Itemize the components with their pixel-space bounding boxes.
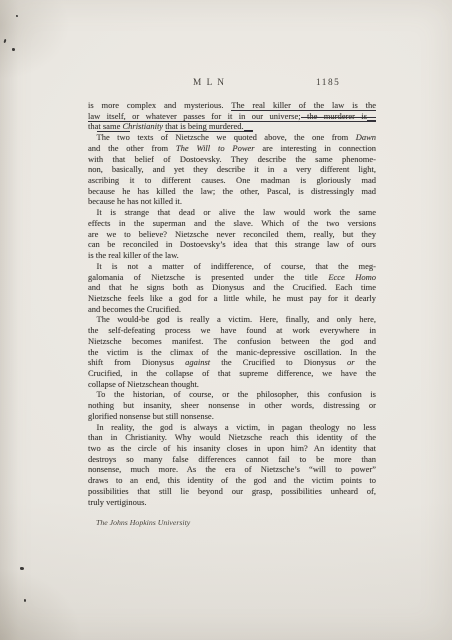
- text-line: It is strange that dead or alive the law…: [88, 207, 376, 218]
- text-line: is more complex and mysterious. The real…: [88, 100, 376, 111]
- text-line: collapse of Nietzschean thought.: [88, 379, 376, 390]
- pen-marked-text: The two: [97, 131, 130, 142]
- text-segment: the: [355, 357, 377, 367]
- ink-speck: [12, 48, 15, 51]
- text-segment: the victim is the climax of the manic-de…: [88, 347, 376, 357]
- text-segment: two as the circle of his insanity closes…: [88, 443, 376, 453]
- paragraph: The would-be god is really a victim. Her…: [88, 314, 376, 389]
- text-segment: destroys so many false differences canno…: [88, 454, 376, 464]
- text-segment: is more complex and mysterious.: [88, 100, 231, 110]
- text-line: and the other from The Will to Power are…: [88, 143, 376, 154]
- text-segment: can be reconciled in Dostoevsky’s idea t…: [88, 239, 376, 249]
- text-segment: glorified nonsense but still nonsense.: [88, 411, 214, 421]
- text-line: shift from Dionysus against the Crucifie…: [88, 357, 376, 368]
- pen-marked-text: law itself, or whatever passes for it in…: [88, 111, 301, 121]
- text-segment: draws to an end, this identity of the go…: [88, 475, 376, 485]
- ink-speck: [3, 39, 6, 43]
- text-segment: The Will to Power: [176, 143, 255, 153]
- paragraph: In reality, the god is always a victim, …: [88, 422, 376, 508]
- ink-speck: [24, 599, 26, 602]
- text-segment: or: [347, 357, 355, 367]
- text-segment: that same: [88, 121, 122, 131]
- text-segment: the self-defeating process we have found…: [88, 325, 376, 335]
- text-segment: non, basically, and yet they describe it…: [88, 164, 376, 174]
- text-line: To the historian, of course, or the phil…: [88, 389, 376, 400]
- text-line: ascribing it to different causes. One ma…: [88, 175, 376, 186]
- text-line: It is not a matter of indifference, of c…: [88, 261, 376, 272]
- text-line: are we to believe? Nietzsche never recon…: [88, 229, 376, 240]
- text-segment: possibilities that still lie beyond our …: [88, 486, 376, 496]
- text-segment: Dawn: [356, 132, 376, 142]
- text-segment: In reality, the god is always a victim, …: [97, 422, 377, 432]
- text-segment: and the other from: [88, 143, 176, 153]
- page-number: 1185: [316, 78, 340, 88]
- page-header: M L N 1185: [88, 78, 376, 91]
- paragraph: It is strange that dead or alive the law…: [88, 207, 376, 261]
- text-line: can be reconciled in Dostoevsky’s idea t…: [88, 239, 376, 250]
- text-segment: the Crucified to Dionysus: [210, 357, 347, 367]
- paragraph: The two texts of Nietzsche we quoted abo…: [88, 132, 376, 207]
- text-segment: is the real killer of the law.: [88, 250, 179, 260]
- text-line: The two texts of Nietzsche we quoted abo…: [88, 132, 376, 143]
- text-line: because he has killed the law; the other…: [88, 186, 376, 197]
- text-segment: The would-be god is really a victim. Her…: [97, 314, 377, 324]
- text-line: effects in the superman and the slave. W…: [88, 218, 376, 229]
- text-segment: galomania of Nietzsche is presented unde…: [88, 272, 328, 282]
- text-segment: shift from Dionysus: [88, 357, 185, 367]
- text-segment: Christianity: [122, 121, 163, 131]
- text-segment: To the historian, of course, or the phil…: [97, 389, 377, 399]
- pen-marked-text: the murderer is: [301, 111, 376, 121]
- text-segment: collapse of Nietzschean thought.: [88, 379, 199, 389]
- text-segment: texts of Nietzsche we quoted above, the …: [130, 132, 356, 142]
- text-line: truly vertiginous.: [88, 497, 376, 508]
- journal-title: M L N: [193, 78, 225, 88]
- text-line: glorified nonsense but still nonsense.: [88, 411, 376, 422]
- pen-marked-text: The real killer of the law is the: [231, 100, 376, 110]
- text-segment: nonsense, much more. As the era of Nietz…: [88, 464, 376, 474]
- text-line: nonsense, much more. As the era of Nietz…: [88, 464, 376, 475]
- text-segment: are interesting in connection: [255, 143, 376, 153]
- text-line: galomania of Nietzsche is presented unde…: [88, 272, 376, 283]
- text-segment: and that he signs both as Dionysus and t…: [88, 282, 376, 292]
- text-segment: Nietzsche feels like a god for a little …: [88, 293, 376, 303]
- text-line: because he has not killed it.: [88, 196, 376, 207]
- author-affiliation: The Johns Hopkins University: [96, 518, 190, 527]
- text-line: Nietzsche becomes manifest. The confusio…: [88, 336, 376, 347]
- text-segment: because he has not killed it.: [88, 196, 182, 206]
- text-segment: nothing but insanity, sheer nonsense in …: [88, 400, 376, 410]
- text-segment: against: [185, 357, 210, 367]
- text-line: nothing but insanity, sheer nonsense in …: [88, 400, 376, 411]
- text-segment: truly vertiginous.: [88, 497, 147, 507]
- text-segment: because he has killed the law; the other…: [88, 186, 376, 196]
- text-segment: with that belief of Dostoevsky. They des…: [88, 154, 376, 164]
- text-line: law itself, or whatever passes for it in…: [88, 111, 376, 122]
- text-line: The would-be god is really a victim. Her…: [88, 314, 376, 325]
- ink-speck: [20, 567, 24, 570]
- pen-marked-text: that is being murdered.: [165, 121, 252, 131]
- text-segment: Ecce Homo: [328, 272, 376, 282]
- text-line: non, basically, and yet they describe it…: [88, 164, 376, 175]
- text-line: Crucified, in the collapse of that supre…: [88, 368, 376, 379]
- text-line: and that he signs both as Dionysus and t…: [88, 282, 376, 293]
- text-line: possibilities that still lie beyond our …: [88, 486, 376, 497]
- text-line: with that belief of Dostoevsky. They des…: [88, 154, 376, 165]
- text-line: destroys so many false differences canno…: [88, 454, 376, 465]
- text-line: the self-defeating process we have found…: [88, 325, 376, 336]
- text-line: than in Christianity. Why would Nietzsch…: [88, 432, 376, 443]
- paragraph: is more complex and mysterious. The real…: [88, 100, 376, 132]
- text-line: that same Christianity that is being mur…: [88, 121, 376, 132]
- text-line: two as the circle of his insanity closes…: [88, 443, 376, 454]
- text-segment: It is strange that dead or alive the law…: [97, 207, 377, 217]
- text-segment: and becomes the Crucified.: [88, 304, 181, 314]
- ink-speck: [16, 15, 18, 17]
- text-block: is more complex and mysterious. The real…: [88, 100, 376, 507]
- text-segment: It is not a matter of indifference, of c…: [97, 261, 377, 271]
- scanned-journal-page: M L N 1185 is more complex and mysteriou…: [0, 0, 452, 640]
- text-segment: effects in the superman and the slave. W…: [88, 218, 376, 228]
- text-segment: are we to believe? Nietzsche never recon…: [88, 229, 376, 239]
- text-line: draws to an end, this identity of the go…: [88, 475, 376, 486]
- text-line: In reality, the god is always a victim, …: [88, 422, 376, 433]
- paragraph: To the historian, of course, or the phil…: [88, 389, 376, 421]
- paragraph: It is not a matter of indifference, of c…: [88, 261, 376, 315]
- text-line: is the real killer of the law.: [88, 250, 376, 261]
- text-line: and becomes the Crucified.: [88, 304, 376, 315]
- text-line: Nietzsche feels like a god for a little …: [88, 293, 376, 304]
- text-segment: Crucified, in the collapse of that supre…: [88, 368, 376, 378]
- text-segment: than in Christianity. Why would Nietzsch…: [88, 432, 376, 442]
- text-segment: ascribing it to different causes. One ma…: [88, 175, 376, 185]
- text-line: the victim is the climax of the manic-de…: [88, 347, 376, 358]
- text-segment: Nietzsche becomes manifest. The confusio…: [88, 336, 376, 346]
